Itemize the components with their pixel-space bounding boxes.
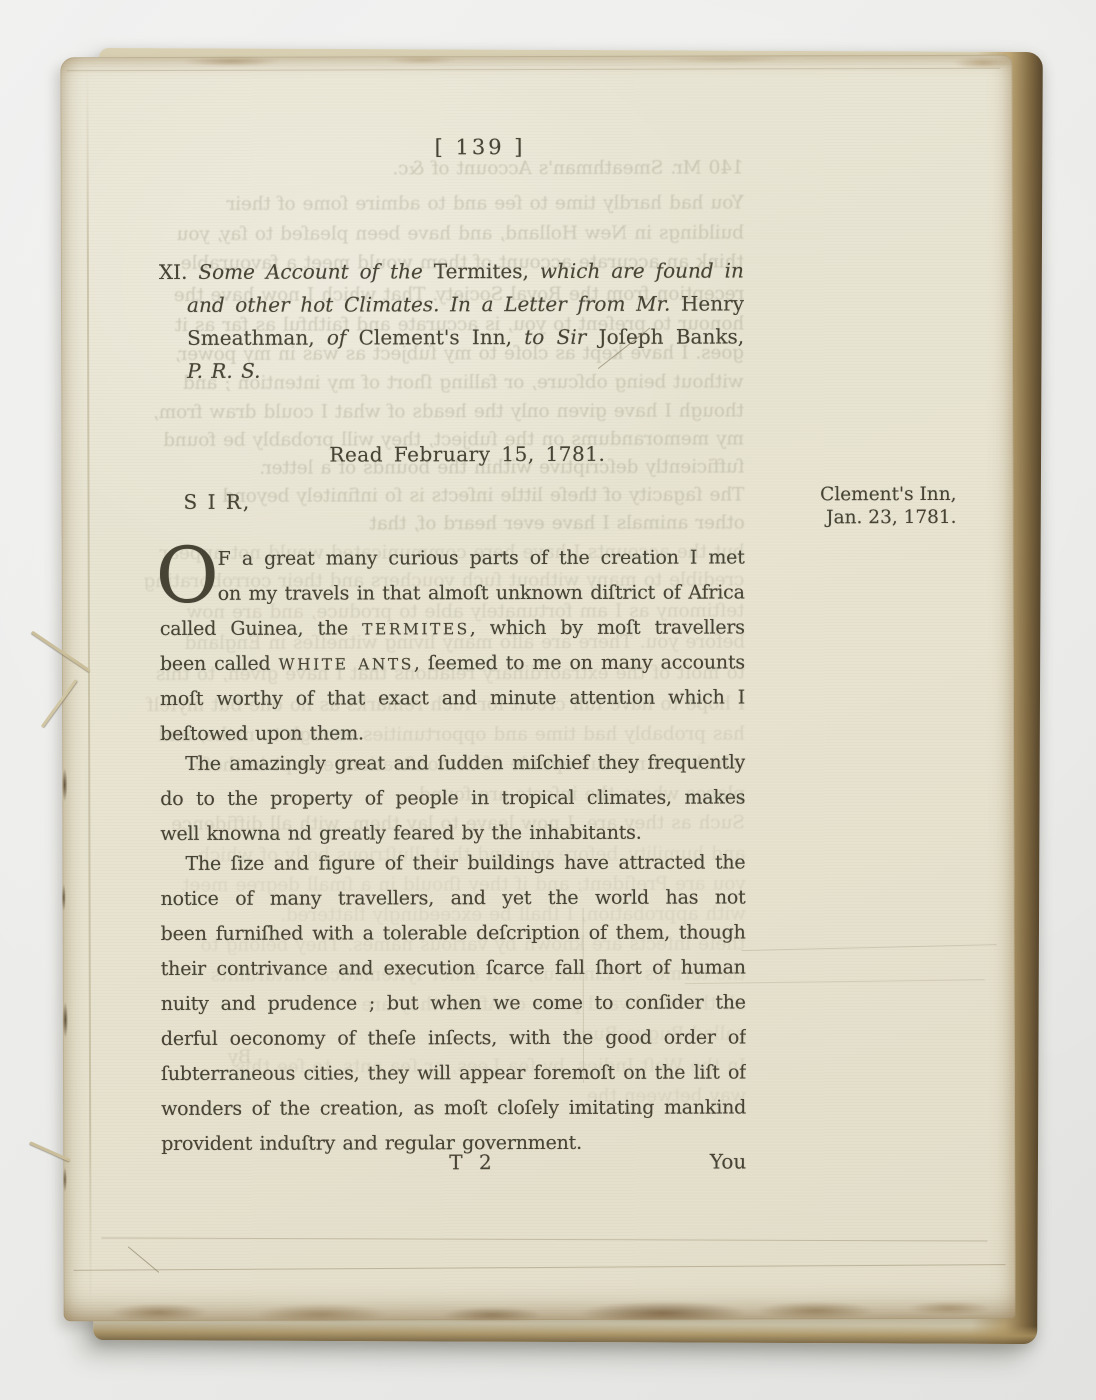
text-run: F a great many curious parts of the crea… bbox=[218, 546, 745, 577]
text-run: called Guinea, the bbox=[160, 617, 362, 640]
dateline-date: Jan. 23, 1781. bbox=[820, 506, 956, 529]
printed-content: [ 139 ] XI. Some Account of the Termites… bbox=[60, 55, 1015, 1321]
text-line: called Guinea, the termites, which by mo… bbox=[160, 610, 745, 647]
text-run: nuity and prudence ; but when we come to… bbox=[161, 991, 746, 1022]
text-line: nuity and prudence ; but when we come to… bbox=[161, 985, 746, 1022]
italic-text: which are found in bbox=[540, 258, 744, 283]
small-caps-text: termites bbox=[362, 620, 470, 638]
page-number: [ 139 ] bbox=[435, 135, 526, 159]
text-run: their contrivance and execution ſcarce f… bbox=[161, 956, 746, 987]
salutation: S I R, bbox=[183, 490, 251, 514]
read-date-line: Read February 15, 1781. bbox=[329, 442, 605, 467]
text-run: Clement's Inn, bbox=[359, 325, 525, 349]
text-run: been furniſhed with a tolerable deſcript… bbox=[161, 921, 746, 945]
text-run: Smeathman, bbox=[187, 326, 327, 350]
text-run: on my travels in that almoſt unknown diſ… bbox=[218, 581, 745, 604]
italic-text: P. R. S. bbox=[187, 359, 260, 383]
text-run: , ſeemed to me on many accounts bbox=[414, 651, 745, 674]
text-line: been furniſhed with a tolerable deſcript… bbox=[161, 915, 746, 952]
text-run: Henry bbox=[681, 291, 744, 315]
small-caps-text: white ants bbox=[279, 655, 414, 673]
article-title: XI. Some Account of the Termites, which … bbox=[159, 254, 744, 388]
text-run: ſubterraneous cities, they will appear f… bbox=[161, 1061, 746, 1092]
text-run: The amazingly great and ſudden miſchief … bbox=[185, 751, 745, 774]
text-line: F a great many curious parts of the crea… bbox=[160, 540, 745, 577]
text-run: moſt worthy of that exact and minute att… bbox=[160, 686, 745, 717]
text-run: notice of many travellers, and yet the w… bbox=[161, 886, 746, 917]
text-line: been called white ants, ſeemed to me on … bbox=[160, 645, 745, 682]
spine-ink-spots bbox=[60, 747, 69, 1217]
text-run: XI. bbox=[159, 260, 199, 284]
text-line: ſubterraneous cities, they will appear f… bbox=[161, 1055, 746, 1092]
text-run: been called bbox=[160, 653, 279, 675]
text-line: Smeathman, of Clement's Inn, to Sir Joſe… bbox=[159, 320, 744, 355]
text-run: wonders of the creation, as moſt cloſely… bbox=[161, 1096, 746, 1127]
catchword: You bbox=[710, 1149, 746, 1173]
text-run: Termites, bbox=[434, 259, 540, 283]
footer-row: T 2 You bbox=[161, 1149, 746, 1186]
italic-text: of bbox=[327, 325, 359, 349]
page-leaf: 140 Mr. Smeathman's Account of &c.You ha… bbox=[60, 55, 1015, 1321]
text-run: The ſize and figure of their buildings h… bbox=[185, 851, 745, 874]
italic-text: Some Account of the bbox=[198, 259, 433, 284]
text-run: well knowna nd greatly feared by the inh… bbox=[160, 822, 641, 845]
text-run: beſtowed upon them. bbox=[160, 722, 364, 745]
signature-mark: T 2 bbox=[449, 1150, 496, 1174]
text-line: do to the property of people in tropical… bbox=[160, 780, 745, 817]
text-line: derful oeconomy of theſe inſects, with t… bbox=[161, 1020, 746, 1057]
text-run: Joſeph Banks, bbox=[599, 324, 745, 348]
dateline-place: Clement's Inn, bbox=[820, 483, 956, 506]
text-line: their contrivance and execution ſcarce f… bbox=[161, 950, 746, 987]
paragraph: The ſize and figure of their buildings h… bbox=[160, 845, 746, 1162]
text-line: XI. Some Account of the Termites, which … bbox=[159, 254, 744, 289]
text-run: do to the property of people in tropical… bbox=[160, 786, 745, 817]
photograph-background: 140 Mr. Smeathman's Account of &c.You ha… bbox=[0, 0, 1096, 1400]
paragraph: The amazingly great and ſudden miſchief … bbox=[160, 745, 745, 852]
text-line: notice of many travellers, and yet the w… bbox=[161, 880, 746, 917]
paragraph: F a great many curious parts of the crea… bbox=[160, 540, 746, 752]
text-line: moſt worthy of that exact and minute att… bbox=[160, 680, 745, 717]
text-run: derful oeconomy of theſe inſects, with t… bbox=[161, 1026, 746, 1057]
text-line: P. R. S. bbox=[159, 353, 744, 388]
italic-text: and other hot Climates. In a Letter from… bbox=[187, 292, 681, 317]
text-line: The amazingly great and ſudden miſchief … bbox=[160, 745, 745, 782]
text-line: wonders of the creation, as moſt cloſely… bbox=[161, 1090, 746, 1127]
dateline: Clement's Inn, Jan. 23, 1781. bbox=[820, 483, 956, 529]
italic-text: to Sir bbox=[524, 325, 598, 349]
text-line: on my travels in that almoſt unknown diſ… bbox=[160, 575, 745, 612]
text-line: The ſize and figure of their buildings h… bbox=[160, 845, 745, 882]
text-line: and other hot Climates. In a Letter from… bbox=[159, 287, 744, 322]
